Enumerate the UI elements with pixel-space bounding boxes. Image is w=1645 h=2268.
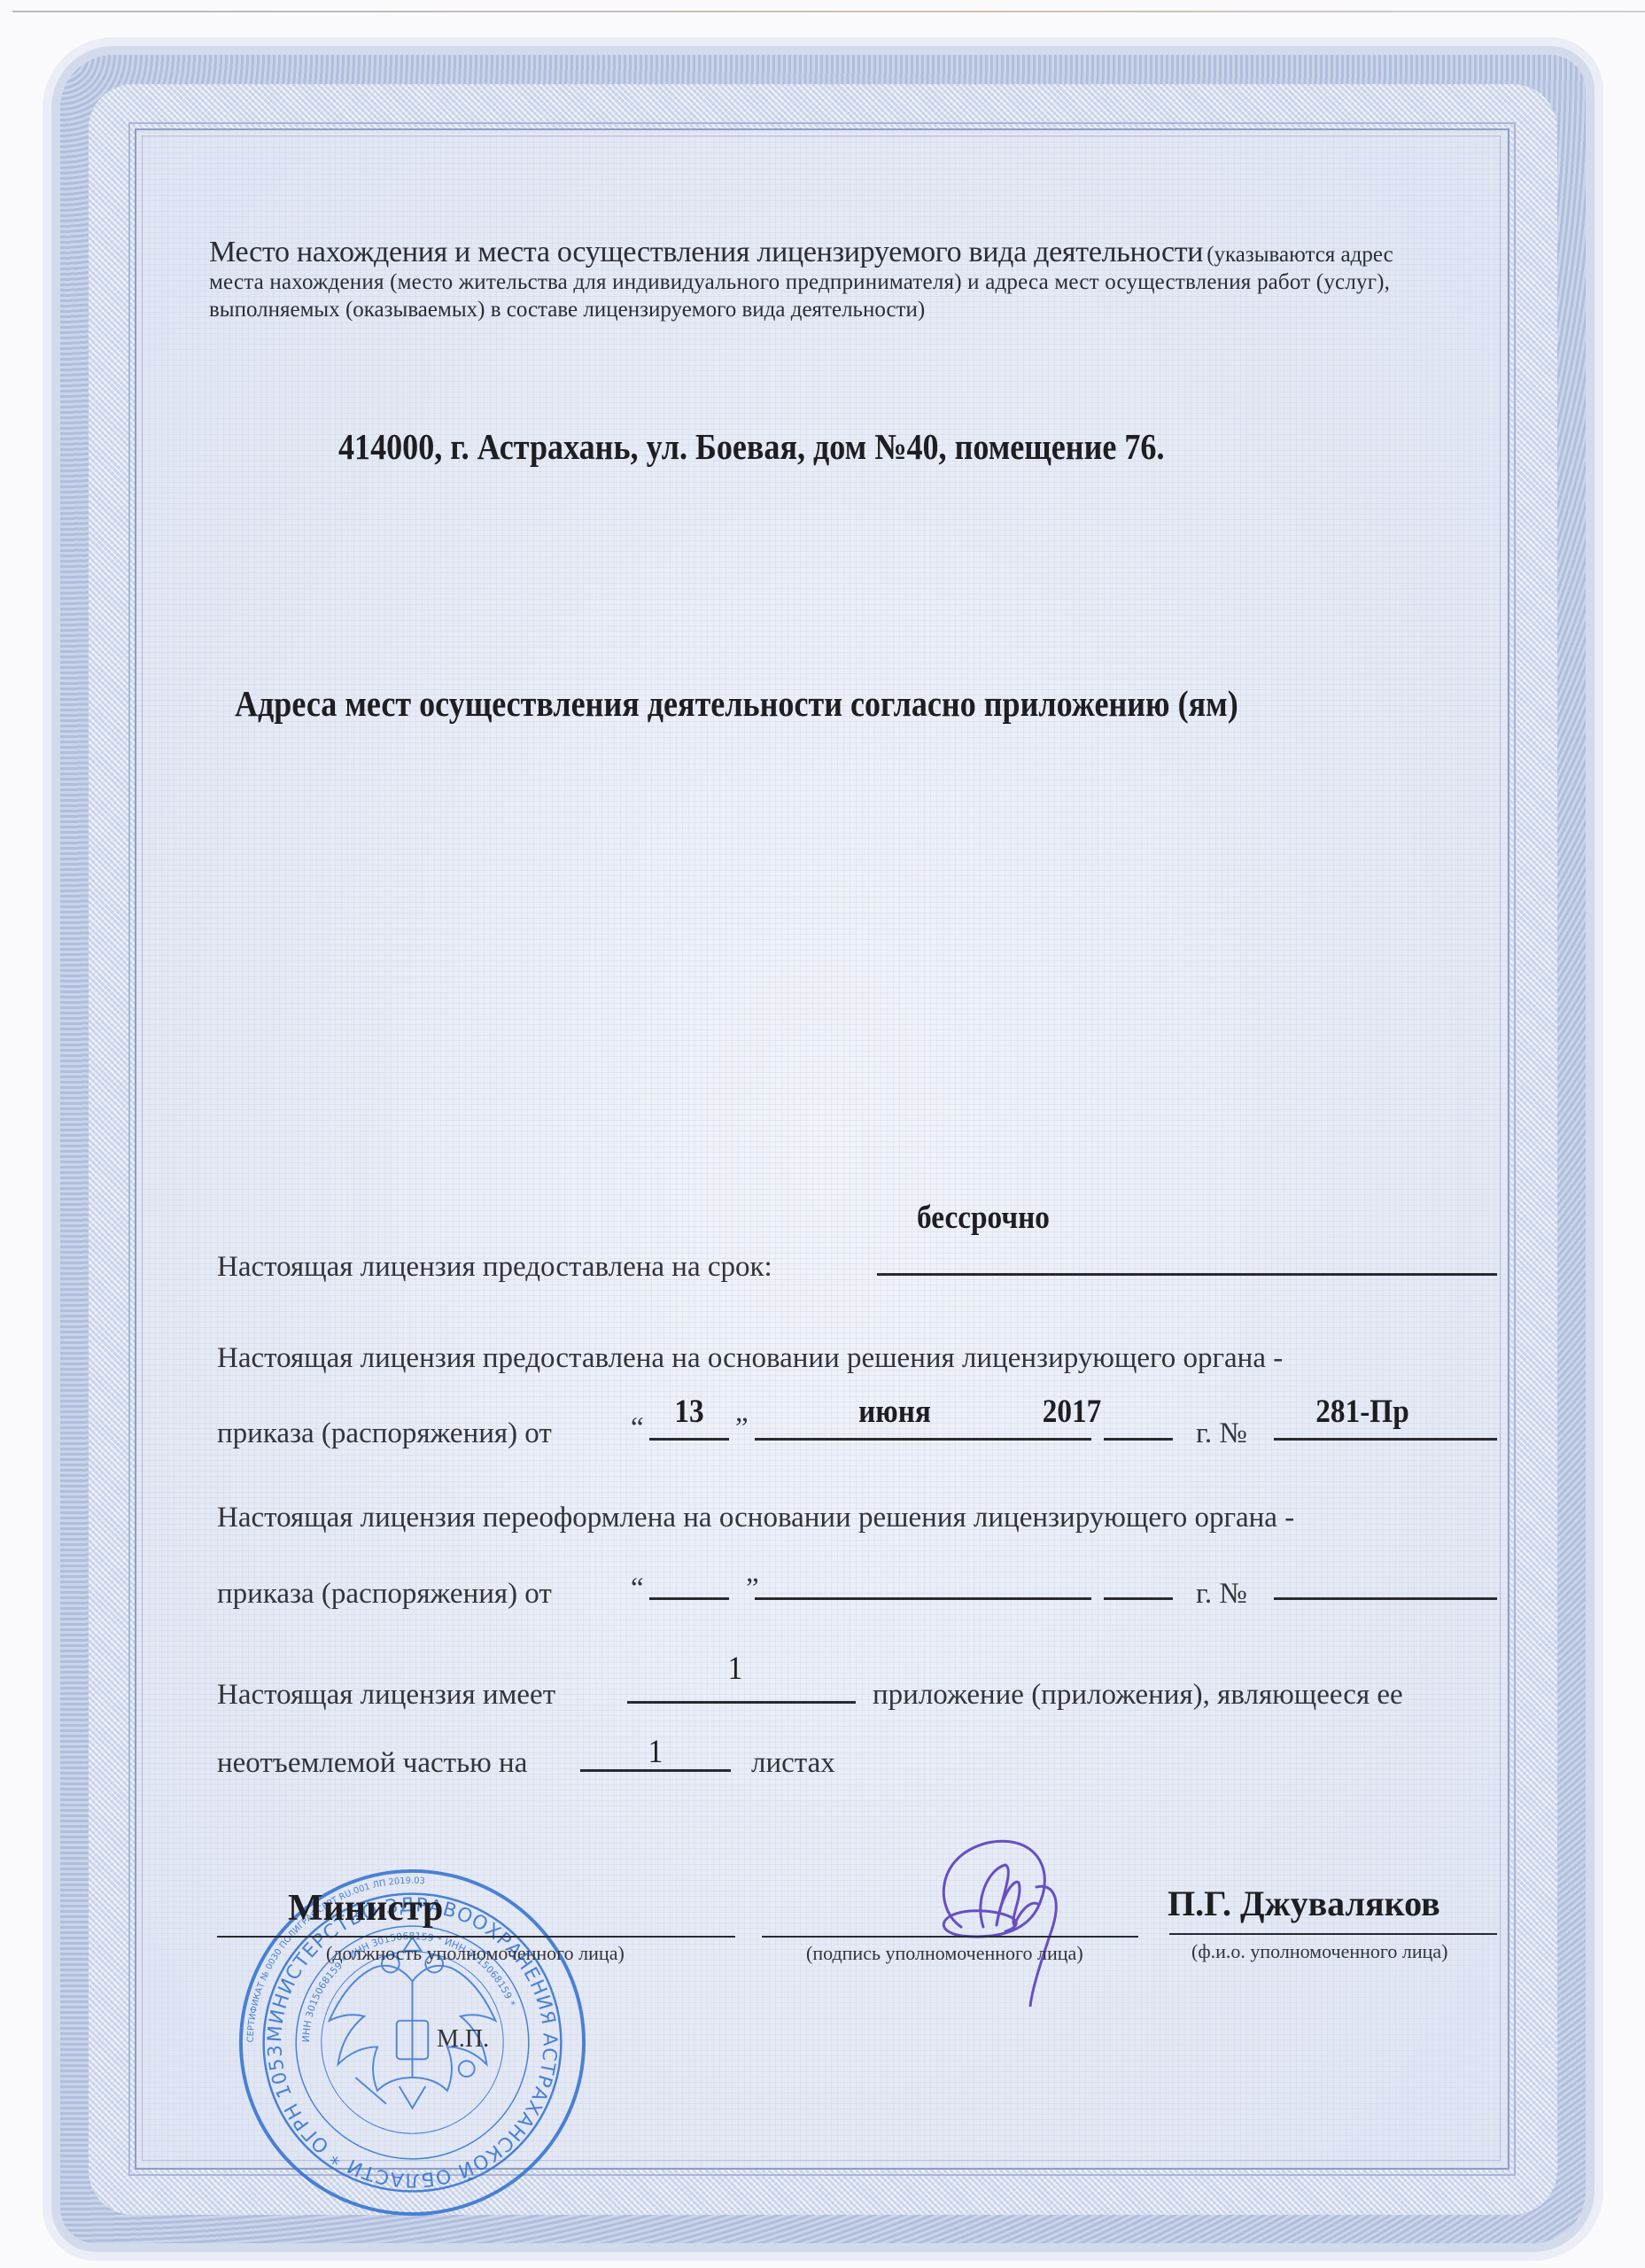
grant-order-day: 13 (654, 1393, 726, 1431)
grant-order-month: июня (807, 1393, 982, 1431)
reissue-order-label: приказа (распоряжения) от (217, 1578, 552, 1611)
term-value: бессрочно (864, 1199, 1103, 1237)
location-heading-note-line2: места нахождения (место жительства для и… (209, 270, 1390, 295)
position-underline (217, 1936, 735, 1938)
grant-year-suffix: г. № (1196, 1417, 1247, 1450)
term-label: Настоящая лицензия предоставлена на срок… (217, 1251, 772, 1284)
appendix-count-underline (627, 1701, 856, 1704)
sheets-label-after: листах (751, 1747, 835, 1780)
signature-underline (762, 1936, 1138, 1938)
appendix-label-after: приложение (приложения), являющееся ее (873, 1679, 1403, 1712)
grant-close-quote: ” (735, 1412, 749, 1445)
signatory-name: П.Г. Джуваляков (1168, 1883, 1440, 1924)
grant-day-underline (649, 1438, 729, 1441)
grant-order-intro: Настоящая лицензия предоставлена на осно… (217, 1342, 1283, 1375)
license-page: Место нахождения и места осуществления л… (0, 0, 1645, 2268)
location-heading-note: (указываются адрес (1207, 243, 1393, 267)
handwritten-signature (899, 1821, 1094, 2007)
term-underline (877, 1273, 1497, 1276)
reissue-order-intro: Настоящая лицензия переоформлена на осно… (217, 1502, 1294, 1534)
reissue-month-underline (755, 1597, 1091, 1600)
grant-number-underline (1274, 1438, 1497, 1441)
reissue-close-quote: ” (746, 1573, 759, 1605)
reissue-year-suffix: г. № (1196, 1578, 1247, 1611)
sheets-label-before: неотъемлемой частью на (217, 1747, 527, 1780)
location-heading-row: Место нахождения и места осуществления л… (209, 236, 1393, 269)
reissue-number-underline (1274, 1597, 1497, 1600)
signature-caption: (подпись уполномоченного лица) (806, 1942, 1083, 1965)
grant-order-label: приказа (распоряжения) от (217, 1417, 552, 1450)
location-heading-note-line3: выполняемых (оказываемых) в составе лице… (209, 298, 925, 322)
position-caption: (должность уполномоченного лица) (326, 1942, 625, 1965)
sheets-count: 1 (588, 1733, 724, 1771)
grant-year-underline (1104, 1438, 1173, 1441)
seal-mark: М.П. (437, 2025, 489, 2054)
name-caption: (ф.и.о. уполномоченного лица) (1191, 1940, 1448, 1963)
location-heading: Место нахождения и места осуществления л… (209, 236, 1203, 268)
sheets-underline (580, 1769, 731, 1772)
grant-open-quote: “ (631, 1412, 644, 1445)
appendix-label-before: Настоящая лицензия имеет (217, 1679, 555, 1712)
reissue-open-quote: “ (631, 1573, 644, 1605)
reissue-year-underline (1104, 1597, 1173, 1600)
reissue-day-underline (649, 1597, 729, 1600)
appendix-count: 1 (632, 1650, 839, 1688)
name-underline (1169, 1933, 1497, 1935)
grant-order-number: 281-Пр (1283, 1393, 1442, 1431)
activity-addresses: Адреса мест осуществления деятельности с… (235, 682, 1238, 725)
license-address: 414000, г. Астрахань, ул. Боевая, дом №4… (338, 425, 1164, 468)
grant-order-year: 2017 (1016, 1393, 1128, 1431)
signatory-position: Министр (288, 1887, 443, 1930)
grant-month-underline (755, 1438, 1091, 1441)
